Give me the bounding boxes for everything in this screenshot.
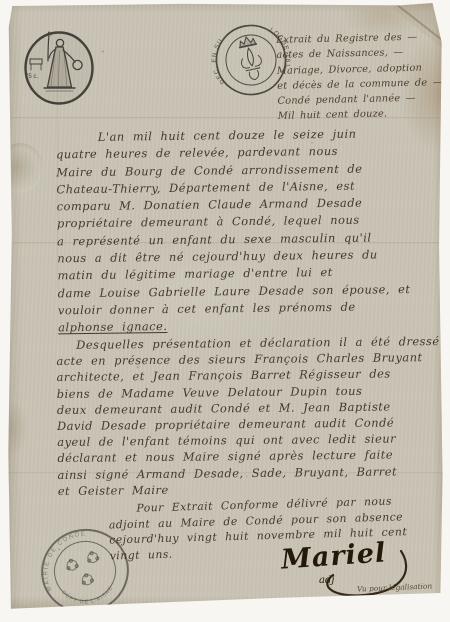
signature-block: Mariel adj [267,535,437,611]
rosette-ornament [86,550,100,564]
witnesses-paragraph: Desquelles présentation et déclaration i… [56,333,444,499]
signature-title: adj [319,575,334,586]
svg-text:· DÉPT DE L'AISNE ·: · DÉPT DE L'AISNE · [56,572,120,612]
photo-backdrop: 75 c. DEC. EN SUS [0,0,450,622]
mairie-ink-stamp: MAIRIE DE CONDE · DÉPT DE L'AISNE · [33,523,137,619]
rosette-ornament [65,558,79,572]
document-page: 75 c. DEC. EN SUS [7,3,443,610]
svg-text:DEC. EN SUS: DEC. EN SUS [209,17,233,88]
embossed-seal [0,143,43,193]
fleur-de-lis-icon [246,48,255,67]
birth-act-paragraph: L'an mil huit cent douze le seize juin q… [56,125,443,337]
heading-line: Mil huit cent douze. [278,106,446,125]
fiscal-stamp-seal: 75 c. [20,27,98,109]
rosette-ornament [80,572,94,586]
stamp-arc-text: · DÉPT DE L'AISNE · [56,572,120,612]
register-extract-heading: Extrait du Registre des — actes de Naiss… [276,29,446,125]
stamp-denomination: 75 c. [25,74,38,80]
stamp-arc-text: DEC. EN SUS [209,17,233,88]
